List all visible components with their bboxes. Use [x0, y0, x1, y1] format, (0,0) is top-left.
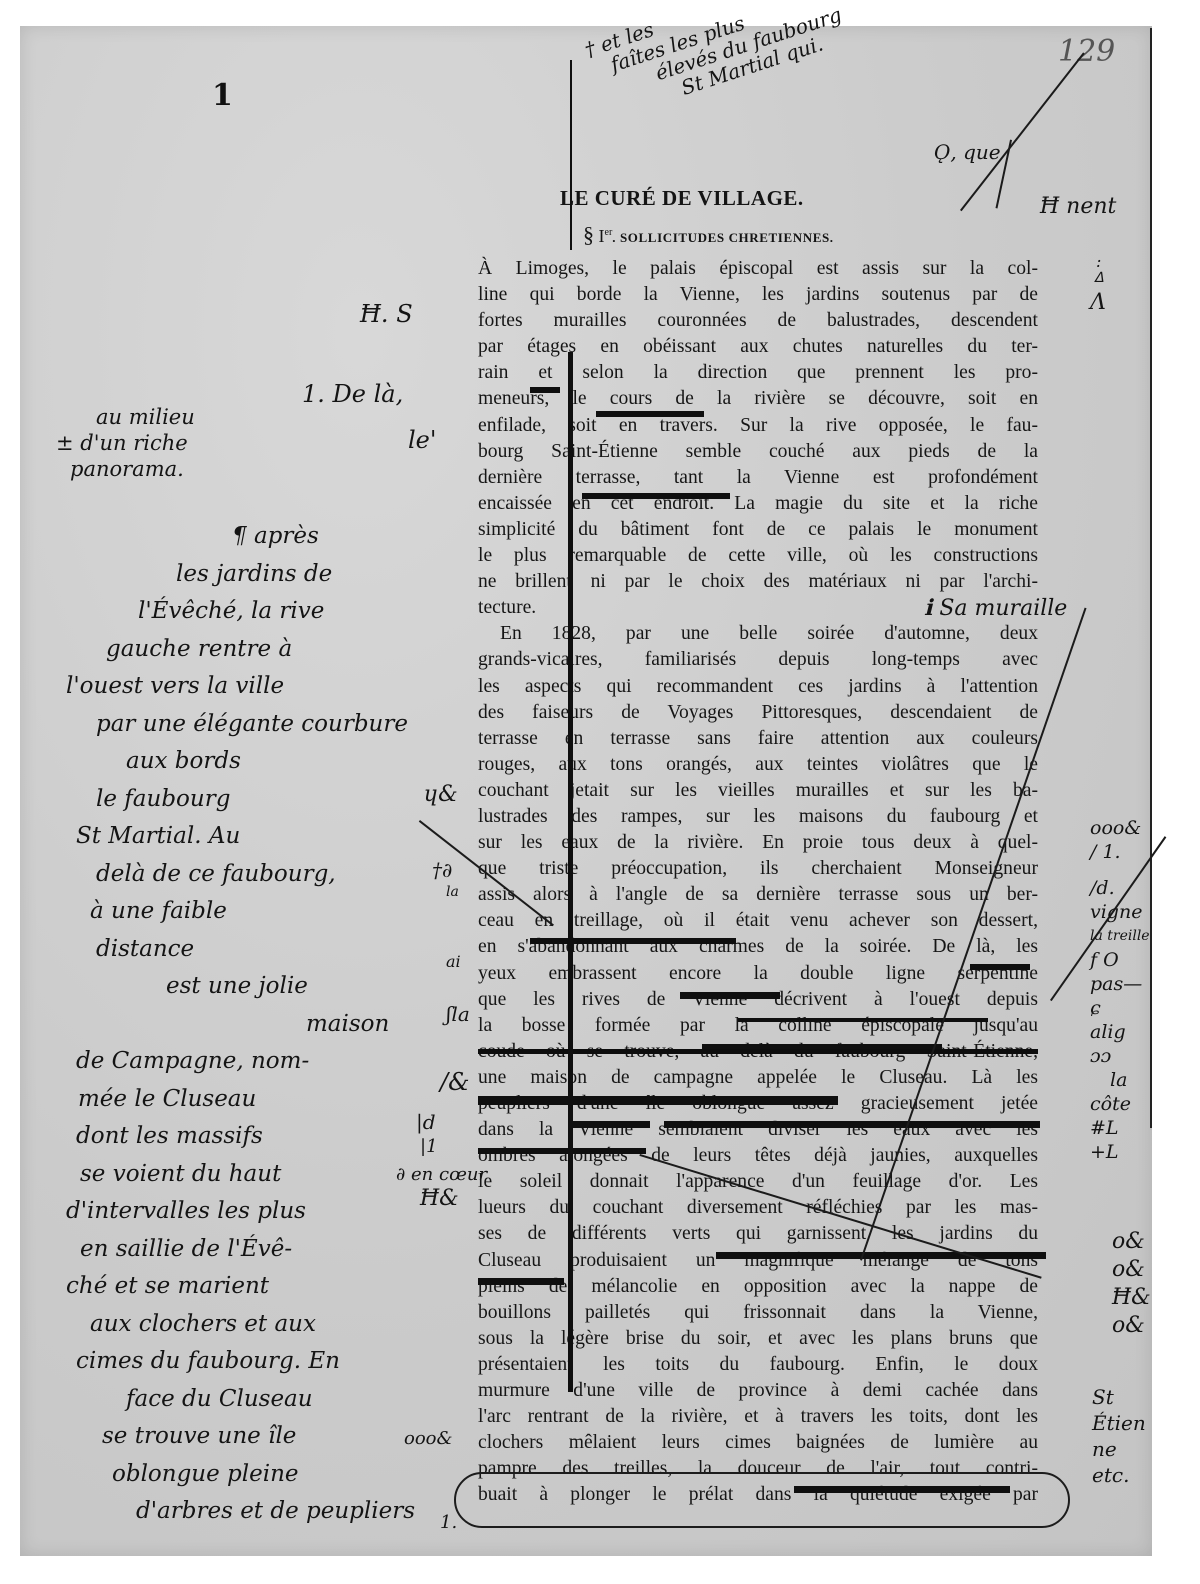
- text-line: clochers mêlaient leurs cimes baignées d…: [478, 1430, 1038, 1456]
- note-line: ché et se marient: [66, 1268, 415, 1306]
- note-line: +L: [1090, 1140, 1150, 1164]
- text-line: l'arc rentrant de la rivière, et à trave…: [478, 1404, 1038, 1430]
- text-line: encaissée en cet endroit. La magie du si…: [478, 491, 1038, 517]
- note-line: la: [1090, 1068, 1150, 1092]
- text-line: lueurs du couchant diversement réfléchie…: [478, 1195, 1038, 1221]
- note-line: etc.: [1092, 1462, 1146, 1488]
- right-col-mark: :: [1096, 252, 1101, 271]
- note-line: St Martial. Au: [66, 818, 415, 856]
- mid-mark: †∂: [432, 858, 452, 882]
- note-line: delà de ce faubourg,: [66, 856, 415, 894]
- note-line: ɕ: [1090, 996, 1150, 1020]
- note-line: ɔɔ: [1090, 1044, 1150, 1068]
- mid-mark: /&: [440, 1068, 469, 1096]
- note-line: d'arbres et de peupliers: [66, 1493, 415, 1531]
- text-line: ne brillent ni par le choix des matériau…: [478, 569, 1038, 595]
- text-line: dernière terrasse, tant la Vienne est pr…: [478, 465, 1038, 491]
- strike-mark: [530, 387, 560, 393]
- text-line: En 1828, par une belle soirée d'automne,…: [478, 621, 1038, 647]
- note-line: alig: [1090, 1020, 1150, 1044]
- strike-mark: [582, 493, 730, 499]
- text-line: sous la légère brise du soir, et avec le…: [478, 1326, 1038, 1352]
- note-line: f O: [1090, 948, 1150, 972]
- text-line: assis alors à l'angle de sa dernière ter…: [478, 882, 1038, 908]
- section-title: . SOLLICITUDES CHRETIENNES.: [612, 230, 833, 245]
- strike-mark: [530, 938, 736, 944]
- note-line: les jardins de: [66, 556, 415, 594]
- note-line: #L: [1090, 1116, 1150, 1140]
- section-mark: Ħ. S: [360, 300, 413, 328]
- strike-mark: [970, 964, 1030, 970]
- note-line: à une faible: [66, 893, 415, 931]
- note-line: de Campagne, nom-: [66, 1043, 415, 1081]
- text-line: yeux embrassent encore la double ligne s…: [478, 961, 1038, 987]
- text-line: bouillons pailletés qui frissonnait dans…: [478, 1300, 1038, 1326]
- text-line: terrasse en terrasse sans faire attentio…: [478, 726, 1038, 752]
- insertion-stroke: [568, 352, 573, 1392]
- mid-mark: ai: [446, 952, 461, 971]
- mid-mark: |1: [420, 1136, 438, 1157]
- left-insert-head: au milieu ± d'un riche panorama.: [56, 404, 195, 482]
- strike-mark: [702, 1044, 942, 1049]
- sa-muraille-note: ℹ Sa muraille: [924, 596, 1067, 621]
- text-line: line qui borde la Vienne, les jardins so…: [478, 282, 1038, 308]
- circled-passage: [454, 1472, 1070, 1528]
- note-line: est une jolie: [66, 968, 415, 1006]
- note-line: panorama.: [56, 456, 195, 482]
- page-edge: [1150, 28, 1152, 1128]
- text-line: grands-vicaires, familiarisés depuis lon…: [478, 647, 1038, 673]
- note-line: Étien: [1092, 1410, 1146, 1436]
- note-line: aux bords: [66, 743, 415, 781]
- note-line: oblongue pleine: [66, 1456, 415, 1494]
- text-line: rain et selon la direction que prennent …: [478, 360, 1038, 386]
- text-line-struck: coude où se trouve, au delà du faubourg …: [478, 1039, 1038, 1065]
- strike-mark: [478, 1278, 564, 1285]
- strike-mark: [596, 411, 704, 417]
- text-line: rouges, aux tons orangés, aux teintes vi…: [478, 752, 1038, 778]
- strike-mark: [680, 992, 780, 999]
- mid-mark: ∂ en cœur: [396, 1164, 487, 1185]
- strike-mark: [716, 1252, 1046, 1259]
- insertion-stroke: [570, 60, 572, 250]
- note-line: / 1.: [1090, 840, 1150, 864]
- strike-mark: [478, 1148, 646, 1154]
- text-line: ceau en treillage, où il était venu ache…: [478, 908, 1038, 934]
- mid-mark: ʃla: [446, 1002, 470, 1026]
- note-line: ooo&: [1090, 816, 1150, 840]
- note-line: face du Cluseau: [66, 1381, 415, 1419]
- strike-mark: [570, 1121, 650, 1128]
- page-title: LE CURÉ DE VILLAGE.: [560, 186, 804, 211]
- note-line: aux clochers et aux: [66, 1306, 415, 1344]
- text-line: lustrades des rampes, sur les maisons du…: [478, 804, 1038, 830]
- note-line: distance: [66, 931, 415, 969]
- note-line: maison: [66, 1006, 415, 1044]
- note-line: o&: [1112, 1228, 1151, 1256]
- note-line: ± d'un riche: [56, 430, 195, 456]
- text-line: que triste préoccupation, ils cherchaien…: [478, 856, 1038, 882]
- text-line: simplicité du bâtiment font de ce palais…: [478, 517, 1038, 543]
- note-line: o&: [1112, 1256, 1151, 1284]
- note-line: se trouve une île: [66, 1418, 415, 1456]
- right-margin-notes-lower: o& o& Ħ& o&: [1112, 1228, 1151, 1340]
- mid-mark: la: [446, 884, 459, 900]
- note-line: se voient du haut: [66, 1156, 415, 1194]
- note-line: pas—: [1090, 972, 1150, 996]
- note-line: o&: [1112, 1312, 1151, 1340]
- note-line: d'intervalles les plus: [66, 1193, 415, 1231]
- mid-mark: ooo&: [404, 1428, 453, 1449]
- note-line: gauche rentre à: [66, 631, 415, 669]
- section-heading: § Ier. SOLLICITUDES CHRETIENNES.: [583, 222, 834, 248]
- note-line: la treille: [1090, 924, 1150, 948]
- mid-mark: Ħ&: [420, 1186, 459, 1211]
- text-line: présentaient les toits du faubourg. Enfi…: [478, 1352, 1038, 1378]
- printed-body: À Limoges, le palais épiscopal est assis…: [478, 256, 1038, 1509]
- right-margin-notes: ooo& / 1. /d. vigne la treille f O pas— …: [1090, 816, 1150, 1164]
- text-line: enfilade, soit en travers. Sur la rive o…: [478, 413, 1038, 439]
- note-line: cimes du faubourg. En: [66, 1343, 415, 1381]
- le-mark: le': [408, 426, 436, 454]
- text-line: meneurs, le cours de la rivière se décou…: [478, 386, 1038, 412]
- text-line: fortes murailles couronnées de balustrad…: [478, 308, 1038, 334]
- note-line: l'ouest vers la ville: [66, 668, 415, 706]
- text-line: sur les eaux de la rivière. En proie tou…: [478, 830, 1038, 856]
- text-line: le plus remarquable de cette ville, où l…: [478, 543, 1038, 569]
- text-line: couchant jetait sur les vieilles muraill…: [478, 778, 1038, 804]
- dela-mark: 1. De là,: [302, 380, 403, 408]
- text-line: par étages en obéissant aux chutes natur…: [478, 334, 1038, 360]
- left-margin-insertion: ¶ après les jardins de l'Évêché, la rive…: [66, 518, 415, 1531]
- note-line: en saillie de l'Évê-: [66, 1231, 415, 1269]
- top-right-mark: Ǫ, que: [934, 140, 1001, 164]
- mid-mark: |d: [416, 1110, 436, 1134]
- text-line: bourg Saint-Étienne semble couché aux pi…: [478, 439, 1038, 465]
- text-line: murmure d'une ville de province à demi c…: [478, 1378, 1038, 1404]
- strike-mark: [664, 1121, 1040, 1128]
- note-line: par une élégante courbure: [66, 706, 415, 744]
- note-line: vigne: [1090, 900, 1150, 924]
- note-line: l'Évêché, la rive: [66, 593, 415, 631]
- strike-mark: [478, 1096, 838, 1105]
- right-col-mark: Λ: [1090, 290, 1106, 315]
- title-right-mark: Ħ nent: [1040, 194, 1116, 219]
- right-col-mark: ᐃ: [1094, 270, 1104, 286]
- section-marker: 1: [212, 78, 233, 113]
- note-line: dont les massifs: [66, 1118, 415, 1156]
- note-line: ¶ après: [66, 518, 415, 556]
- note-line: /d.: [1090, 864, 1150, 900]
- strike-mark: [738, 1018, 988, 1022]
- text-line: des faiseurs de Voyages Pittoresques, de…: [478, 700, 1038, 726]
- right-margin-notes-bottom: St Étien ne etc.: [1092, 1384, 1146, 1488]
- text-line: ses de différents verts qui garnissent l…: [478, 1221, 1038, 1247]
- text-line: la bosse formée par la colline épiscopal…: [478, 1013, 1038, 1039]
- note-line: ne: [1092, 1436, 1146, 1462]
- page-number: 129: [1058, 34, 1115, 69]
- note-line: au milieu: [56, 404, 195, 430]
- note-line: mée le Cluseau: [66, 1081, 415, 1119]
- note-line: Ħ&: [1112, 1284, 1151, 1312]
- text-line: À Limoges, le palais épiscopal est assis…: [478, 256, 1038, 282]
- mid-mark: ɥ&: [424, 782, 458, 807]
- note-line: côte: [1090, 1092, 1150, 1116]
- text-line: une maison de campagne appelée le Clusea…: [478, 1065, 1038, 1091]
- mid-mark: 1.: [440, 1512, 457, 1533]
- note-line: le faubourg: [66, 781, 415, 819]
- note-line: St: [1092, 1384, 1146, 1410]
- text-line: les aspects qui recommandent ces jardins…: [478, 674, 1038, 700]
- section-symbol: §: [583, 222, 594, 247]
